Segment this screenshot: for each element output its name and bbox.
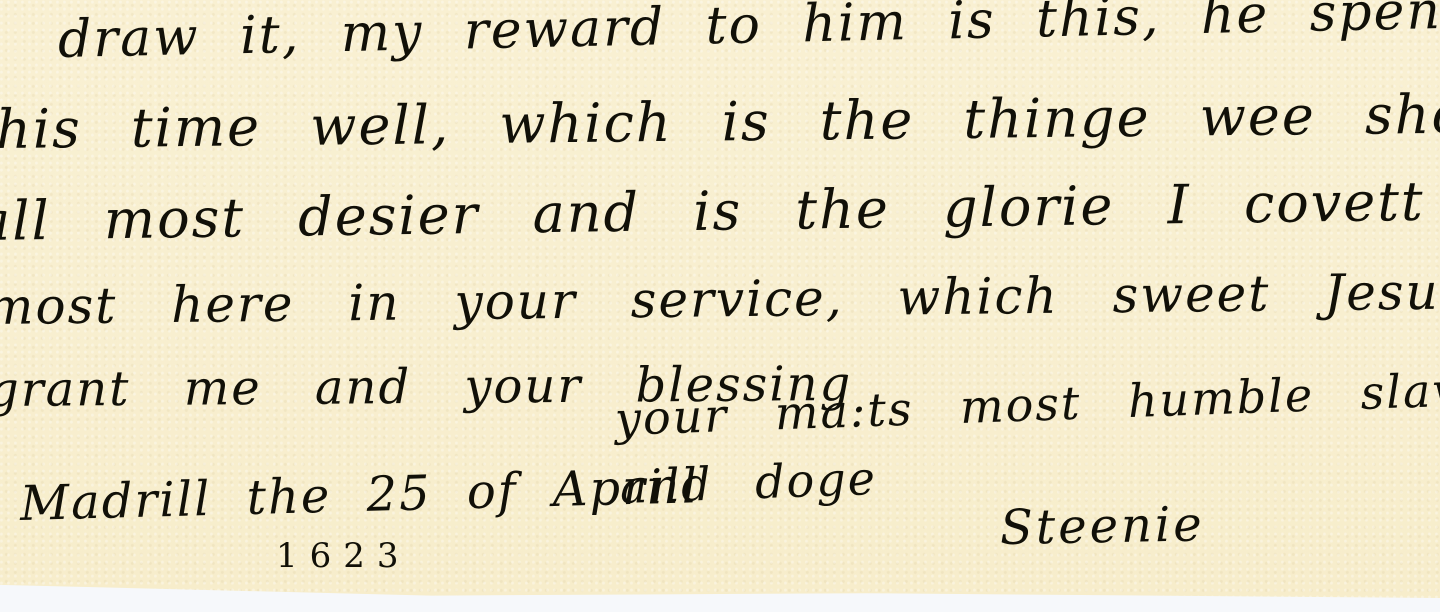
- manuscript-line-1: draw it, my reward to him is this, he sp…: [57, 0, 1440, 70]
- manuscript-line-4: most here in your service, which sweet J…: [0, 262, 1440, 336]
- manuscript-line-2: his time well, which is the thinge wee s…: [0, 82, 1440, 161]
- dateline-place-date: Madrill the 25 of Aprill: [19, 458, 699, 532]
- manuscript-line-3: all most desier and is the glorie I cove…: [0, 170, 1425, 253]
- manuscript-page: draw it, my reward to him is this, he sp…: [0, 0, 1440, 598]
- dateline-year: 1623: [276, 536, 411, 576]
- signature: Steenie: [1000, 496, 1206, 556]
